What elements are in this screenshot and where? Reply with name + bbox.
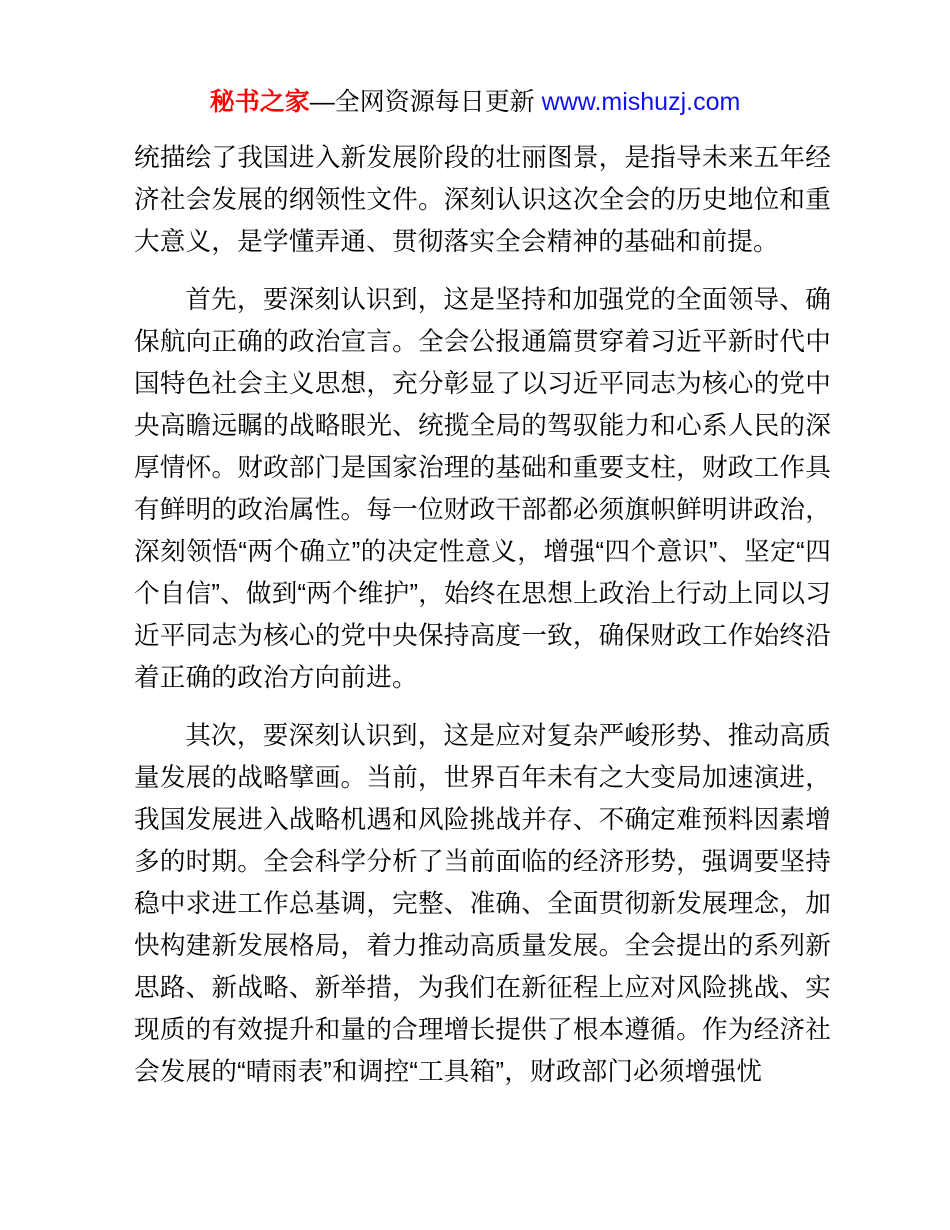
site-tagline: 全网资源每日更新 <box>335 88 542 116</box>
paragraph-continuation: 统描绘了我国进入新发展阶段的壮丽图景，是指导未来五年经济社会发展的纲领性文件。深… <box>134 137 831 263</box>
header-dash: — <box>310 88 335 116</box>
site-brand: 秘书之家 <box>210 88 310 116</box>
paragraph-first-point: 首先，要深刻认识到，这是坚持和加强党的全面领导、确保航向正确的政治宣言。全会公报… <box>134 279 831 699</box>
site-url-link[interactable]: www.mishuzj.com <box>542 88 741 116</box>
paragraph-second-point: 其次，要深刻认识到，这是应对复杂严峻形势、推动高质量发展的战略擘画。当前，世界百… <box>134 715 831 1093</box>
document-page: 秘书之家—全网资源每日更新 www.mishuzj.com 统描绘了我国进入新发… <box>0 0 950 1230</box>
site-header: 秘书之家—全网资源每日更新 www.mishuzj.com <box>0 0 950 120</box>
document-body: 统描绘了我国进入新发展阶段的壮丽图景，是指导未来五年经济社会发展的纲领性文件。深… <box>134 137 831 1093</box>
